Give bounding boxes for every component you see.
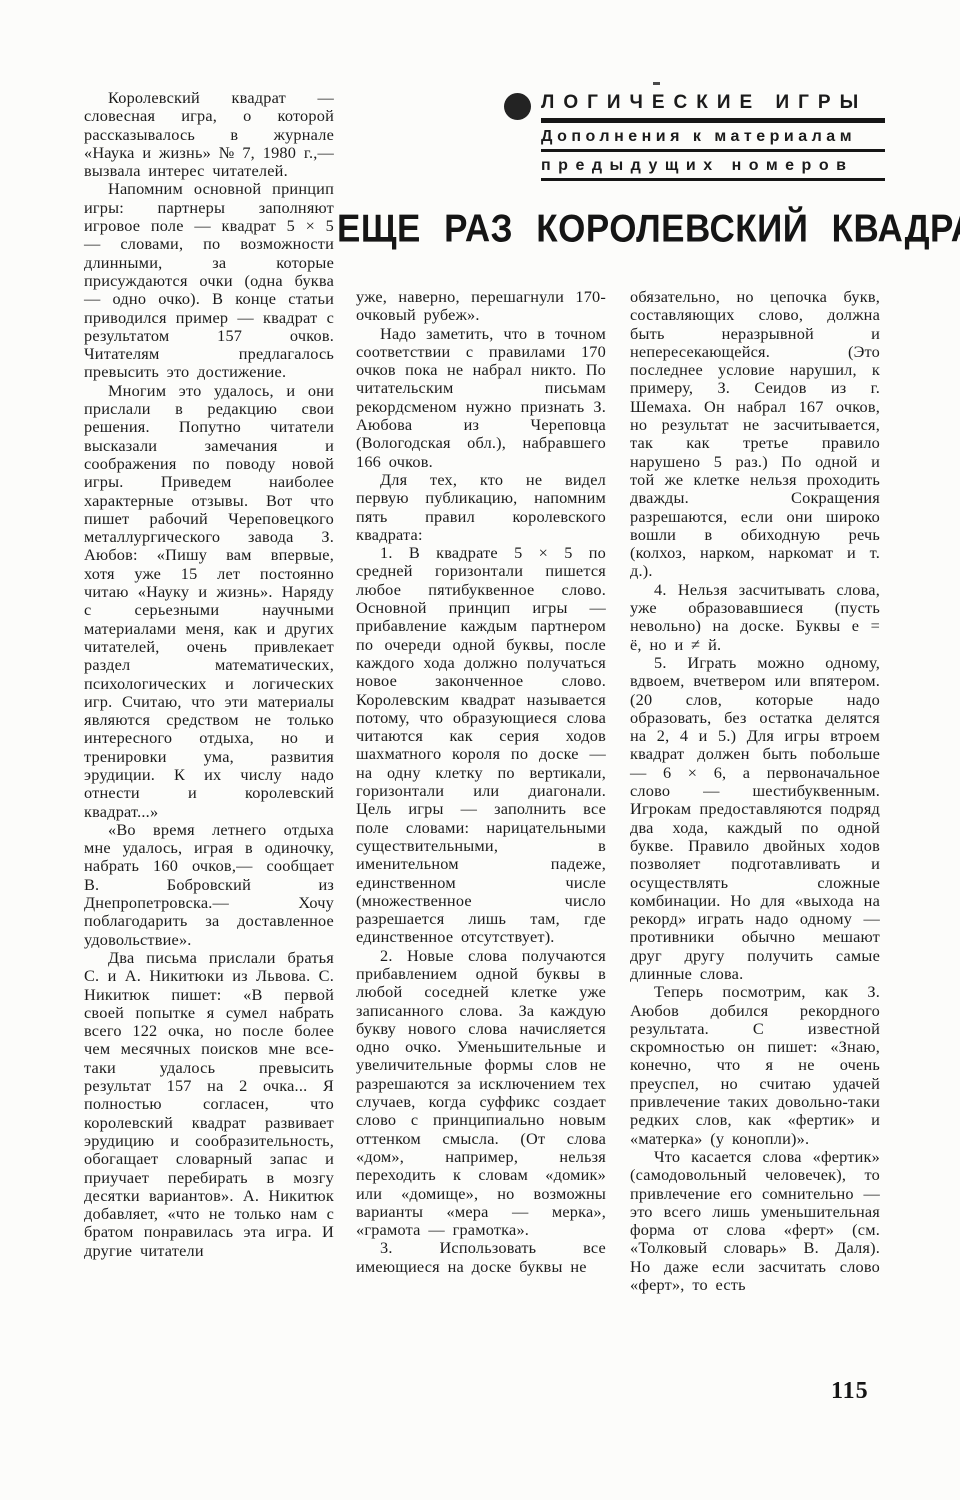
paragraph: Для тех, кто не видел первую публикацию,… xyxy=(356,471,606,544)
paragraph: Два письма прислали братья С. и А. Никит… xyxy=(84,949,334,1260)
paragraph: Королевский квадрат — словесная игра, о … xyxy=(84,89,334,180)
paragraph: обязательно, но цепочка букв, составляющ… xyxy=(630,288,880,581)
page-number: 115 xyxy=(831,1378,869,1405)
paragraph: Что касается слова «фертик» (самодовольн… xyxy=(630,1148,880,1294)
magazine-page: ЛОГИЧЕСКИЕ ИГРЫ Дополнения к материалам … xyxy=(0,0,960,1500)
section-subtitle-line1: Дополнения к материалам xyxy=(541,128,885,152)
section-label: ЛОГИЧЕСКИЕ ИГРЫ xyxy=(541,92,867,113)
paragraph: уже, наверно, перешагнули 170-очковый ру… xyxy=(356,288,606,325)
section-subtitle-line2: предыдущих номеров xyxy=(541,157,885,181)
column-right: обязательно, но цепочка букв, составляющ… xyxy=(630,288,880,1294)
section-header: ЛОГИЧЕСКИЕ ИГРЫ Дополнения к материалам … xyxy=(541,92,885,181)
paragraph: Напомним основной принцип игры: партнеры… xyxy=(84,180,334,381)
print-artifact-dash xyxy=(653,82,660,85)
paragraph: 3. Использовать все имеющиеся на доске б… xyxy=(356,1239,606,1276)
bullet-icon xyxy=(504,93,531,120)
paragraph: Многим это удалось, и они прислали в ред… xyxy=(84,382,334,821)
paragraph: Теперь посмотрим, как З. Аюбов добился р… xyxy=(630,983,880,1148)
paragraph: «Во время летнего отдыха мне удалось, иг… xyxy=(84,821,334,949)
paragraph: 1. В квадрате 5 × 5 по средней горизонта… xyxy=(356,544,606,947)
section-label-row: ЛОГИЧЕСКИЕ ИГРЫ xyxy=(541,92,885,123)
paragraph: 2. Новые слова получаются прибавлением о… xyxy=(356,947,606,1240)
article-title: ЕЩЕ РАЗ КОРОЛЕВСКИЙ КВАДРАТ xyxy=(337,208,912,251)
column-left: Королевский квадрат — словесная игра, о … xyxy=(84,89,334,1260)
column-middle: уже, наверно, перешагнули 170-очковый ру… xyxy=(356,288,606,1276)
paragraph: 5. Играть можно одному, вдвоем, вчетверо… xyxy=(630,654,880,983)
paragraph: Надо заметить, что в точном соответствии… xyxy=(356,325,606,471)
paragraph: 4. Нельзя засчитывать слова, уже образов… xyxy=(630,581,880,654)
